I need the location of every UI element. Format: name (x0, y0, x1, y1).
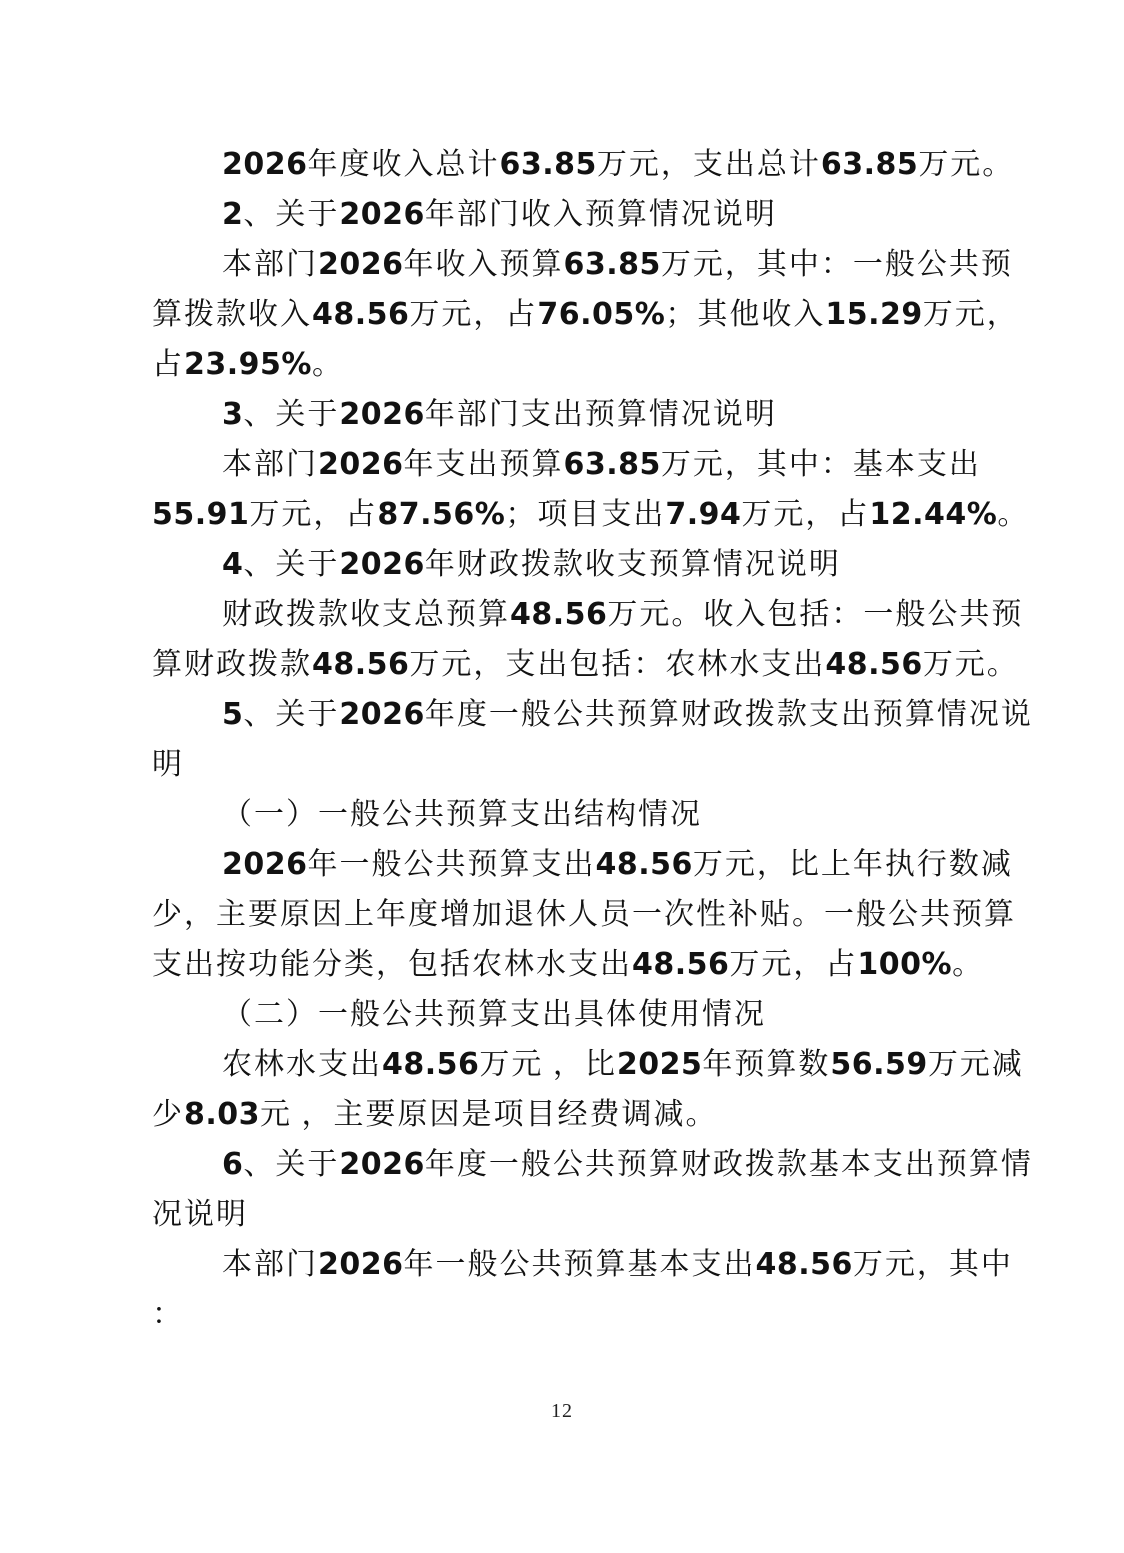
document-page: 2026年度收入总计63.85万元，支出总计63.85万元。2、关于2026年部… (0, 0, 1124, 1553)
text-line: 算财政拨款48.56万元，支出包括：农林水支出48.56万元。 (152, 640, 957, 690)
numeric-run: 2026 (318, 447, 404, 482)
text-line: 支出按功能分类，包括农林水支出48.56万元，占100%。 (152, 940, 957, 990)
numeric-run: 2026 (339, 1147, 425, 1182)
numeric-run: 48.56 (825, 647, 922, 682)
text-line: 算拨款收入48.56万元，占76.05%；其他收入15.29万元， (152, 290, 957, 340)
numeric-run: 5 (222, 697, 243, 732)
numeric-run: 48.56 (312, 647, 409, 682)
numeric-run: 2026 (339, 697, 425, 732)
document-body: 2026年度收入总计63.85万元，支出总计63.85万元。2、关于2026年部… (152, 140, 957, 1340)
text-line: 本部门2026年支出预算63.85万元，其中：基本支出 (152, 440, 957, 490)
numeric-run: 2026 (318, 1247, 404, 1282)
numeric-run: 48.56 (312, 297, 409, 332)
text-line: 5、关于2026年度一般公共预算财政拨款支出预算情况说 (152, 690, 957, 740)
numeric-run: 4 (222, 547, 243, 582)
numeric-run: 7.94 (665, 497, 741, 532)
text-line: 况说明 (152, 1190, 957, 1240)
text-line: （一）一般公共预算支出结构情况 (152, 790, 957, 840)
numeric-run: 63.85 (821, 147, 918, 182)
text-line: 4、关于2026年财政拨款收支预算情况说明 (152, 540, 957, 590)
page-number: 12 (0, 1400, 1124, 1423)
numeric-run: 8.03 (184, 1097, 260, 1132)
text-line: （二）一般公共预算支出具体使用情况 (152, 990, 957, 1040)
numeric-run: 87.56% (377, 497, 505, 532)
numeric-run: 2 (222, 197, 243, 232)
text-line: 2026年一般公共预算支出48.56万元，比上年执行数减 (152, 840, 957, 890)
text-line: 占23.95%。 (152, 340, 957, 390)
numeric-run: 15.29 (825, 297, 922, 332)
numeric-run: 2026 (339, 397, 425, 432)
text-line: 55.91万元，占87.56%；项目支出7.94万元，占12.44%。 (152, 490, 957, 540)
text-line: 少8.03元 ，主要原因是项目经费调减。 (152, 1090, 957, 1140)
numeric-run: 2026 (339, 197, 425, 232)
text-line: 财政拨款收支总预算48.56万元。收入包括：一般公共预 (152, 590, 957, 640)
numeric-run: 48.56 (632, 947, 729, 982)
text-line: 3、关于2026年部门支出预算情况说明 (152, 390, 957, 440)
text-line: 6、关于2026年度一般公共预算财政拨款基本支出预算情 (152, 1140, 957, 1190)
text-line: 本部门2026年收入预算63.85万元，其中：一般公共预 (152, 240, 957, 290)
numeric-run: 2025 (617, 1047, 703, 1082)
numeric-run: 2026 (318, 247, 404, 282)
text-line: 农林水支出48.56万元 ，比2025年预算数56.59万元减 (152, 1040, 957, 1090)
numeric-run: 48.56 (756, 1247, 853, 1282)
text-line: 2、关于2026年部门收入预算情况说明 (152, 190, 957, 240)
numeric-run: 48.56 (382, 1047, 479, 1082)
numeric-run: 48.56 (596, 847, 693, 882)
numeric-run: 2026 (222, 147, 308, 182)
numeric-run: 76.05% (537, 297, 665, 332)
numeric-run: 55.91 (152, 497, 249, 532)
text-line: 2026年度收入总计63.85万元，支出总计63.85万元。 (152, 140, 957, 190)
numeric-run: 2026 (339, 547, 425, 582)
numeric-run: 2026 (222, 847, 308, 882)
numeric-run: 12.44% (869, 497, 997, 532)
numeric-run: 63.85 (564, 447, 661, 482)
text-line: ： (152, 1290, 957, 1340)
numeric-run: 100% (857, 947, 952, 982)
numeric-run: 6 (222, 1147, 243, 1182)
numeric-run: 63.85 (500, 147, 597, 182)
text-line: 本部门2026年一般公共预算基本支出48.56万元，其中 (152, 1240, 957, 1290)
numeric-run: 63.85 (564, 247, 661, 282)
numeric-run: 48.56 (510, 597, 607, 632)
numeric-run: 3 (222, 397, 243, 432)
text-line: 明 (152, 740, 957, 790)
numeric-run: 23.95% (184, 347, 312, 382)
numeric-run: 56.59 (830, 1047, 927, 1082)
text-line: 少，主要原因上年度增加退休人员一次性补贴。一般公共预算 (152, 890, 957, 940)
